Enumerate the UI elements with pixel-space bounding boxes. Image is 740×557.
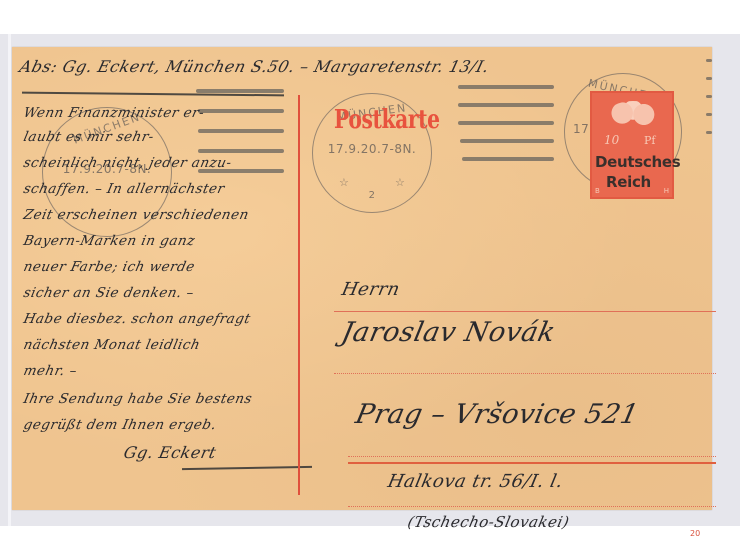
cancel-wave [458, 121, 554, 125]
star-icon: ☆ [395, 176, 405, 189]
message-line: laubt es mir sehr- [22, 129, 156, 145]
stamp-corner-left: B [595, 187, 600, 195]
scan-edge [8, 34, 11, 526]
card-title: Postkarte [334, 105, 440, 135]
address-city: Prag – Vršovice 521 [353, 399, 642, 430]
address-country: (Tschecho-Slovakei) [406, 513, 571, 531]
postmark-date: 17.9.20.7-8N. [313, 142, 431, 156]
cancel-wave [706, 59, 712, 62]
address-salutation: Herrn [340, 279, 402, 300]
message-line: Habe diesbez. schon angefragt [22, 311, 252, 327]
message-line: neuer Farbe; ich werde [22, 259, 196, 275]
address-line-2 [334, 373, 716, 375]
message-line: schaffen. – In allernächster [22, 181, 226, 197]
cancel-wave [196, 89, 284, 93]
postmark-sub: 2 [313, 190, 431, 201]
cancel-wave [706, 131, 712, 134]
message-line: nächsten Monat leidlich [22, 337, 202, 353]
stamp-corner-right: H [664, 187, 669, 195]
cancel-wave [706, 77, 712, 80]
message-line: gegrüßt dem Ihnen ergeb. [22, 417, 218, 433]
address-line-1 [334, 311, 716, 313]
postage-stamp: 10 Pf Deutsches Reich B H [590, 91, 674, 199]
address-line-3-underline [348, 462, 716, 465]
message-line: scheinlich nicht, jeder anzu- [22, 155, 233, 171]
cancel-wave [198, 149, 284, 153]
star-icon: ☆ [339, 176, 349, 189]
cancel-wave [462, 157, 554, 161]
stamp-unit: Pf [644, 134, 655, 147]
cancel-wave [458, 103, 554, 107]
message-line: sicher an Sie denken. – [22, 285, 196, 301]
message-line: Bayern-Marken in ganz [22, 233, 196, 249]
flower-icon [606, 101, 660, 131]
signature: Gg. Eckert [122, 443, 218, 462]
message-line: Ihre Sendung habe Sie bestens [22, 391, 254, 407]
address-name: Jaroslav Novák [339, 317, 559, 348]
sender-line: Abs: Gg. Eckert, München S.50. – Margare… [18, 57, 492, 76]
cancel-wave [198, 129, 284, 133]
cancel-wave [706, 95, 712, 98]
postcard: Abs: Gg. Eckert, München S.50. – Margare… [12, 47, 712, 510]
overprint-line1: Deutsches [595, 153, 680, 171]
cancel-wave [458, 85, 554, 89]
cancel-wave [706, 113, 712, 116]
address-street: Halkova tr. 56/I. l. [386, 471, 565, 492]
card-number: 20 [690, 529, 700, 538]
stamp-value: 10 [604, 133, 619, 147]
address-line-4 [348, 506, 716, 508]
overprint-line2: Reich [606, 173, 651, 191]
message-line: Wenn Finanzminister er- [22, 105, 206, 121]
divider-line [298, 95, 300, 495]
address-line-3 [348, 456, 716, 458]
message-line: mehr. – [22, 363, 79, 379]
cancel-wave [198, 109, 284, 113]
message-line: Zeit erscheinen verschiedenen [22, 207, 250, 223]
signature-underline [182, 466, 312, 470]
cancel-wave [460, 139, 554, 143]
